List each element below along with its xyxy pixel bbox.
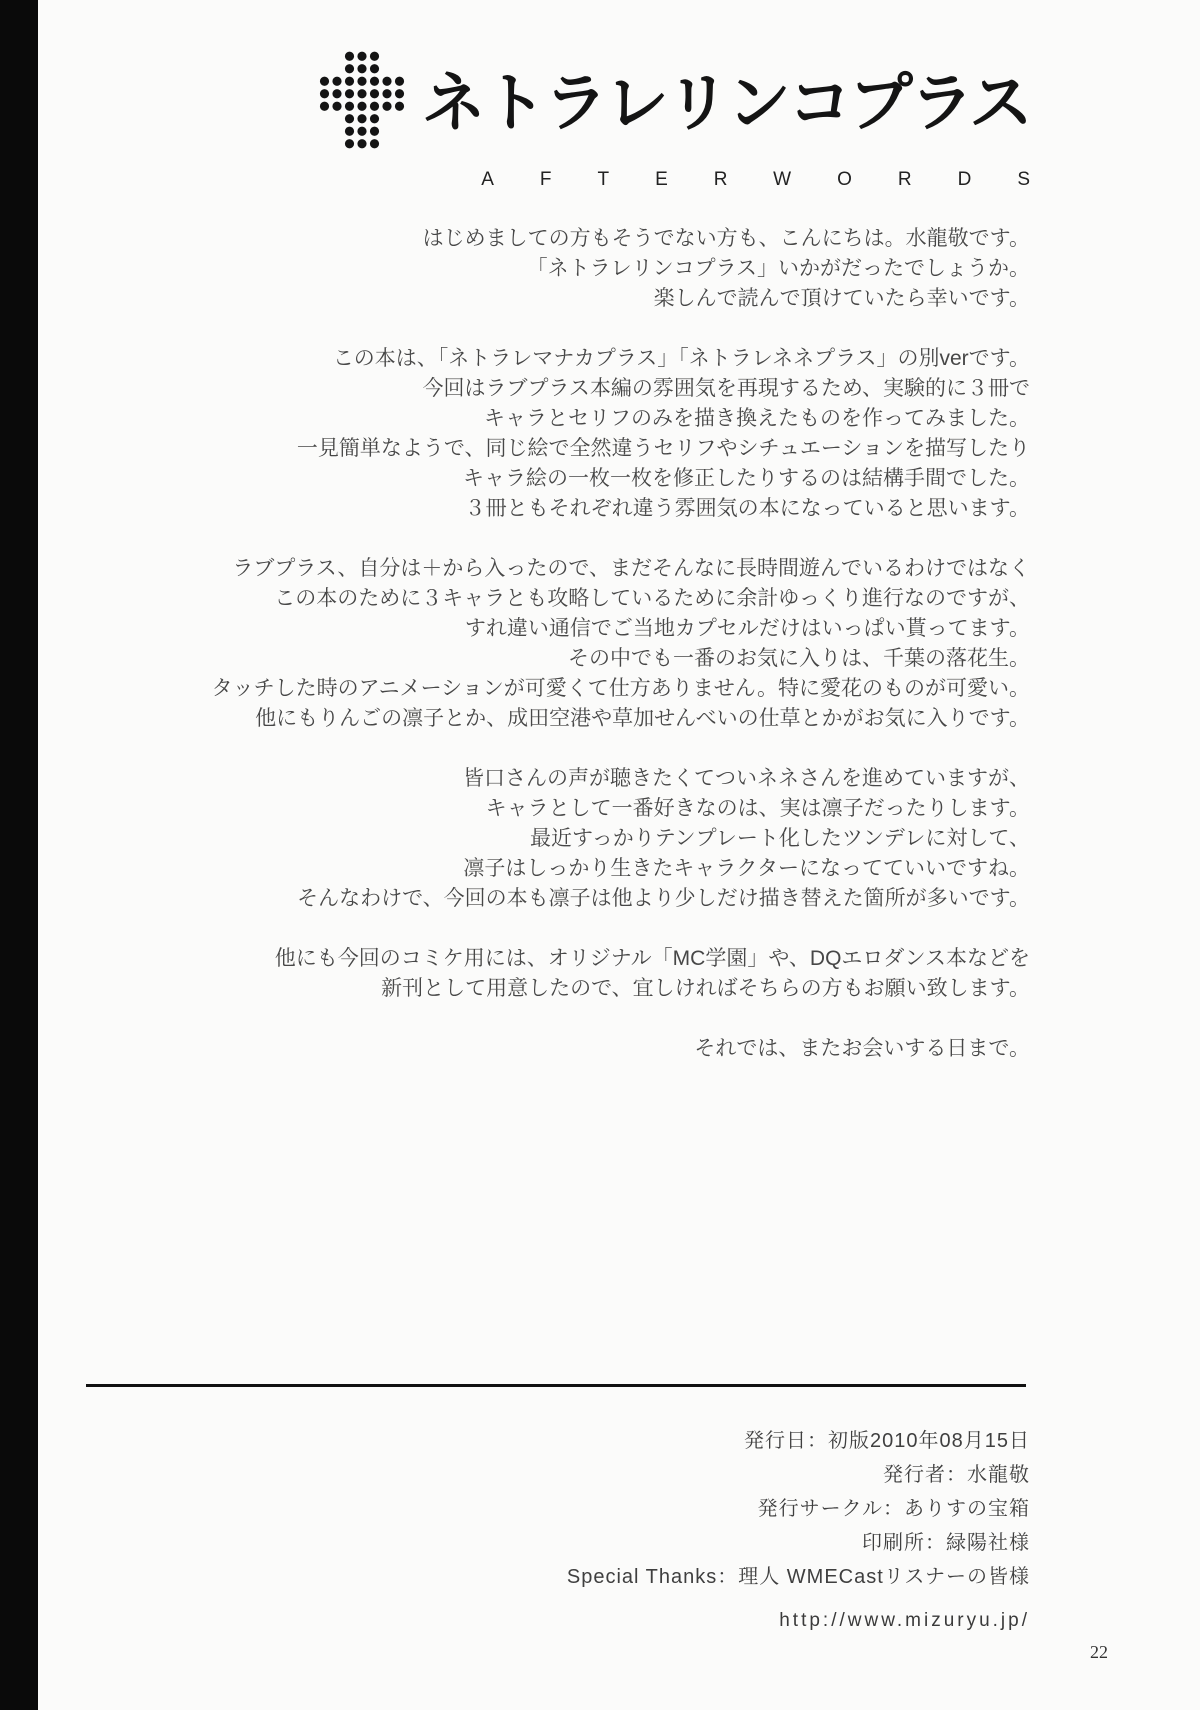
colophon-publish-date: 発行日：初版2010年08月15日 [567, 1424, 1030, 1458]
afterword-line: それでは、またお会いする日まで。 [694, 1037, 1030, 1060]
afterword-line: キャラとセリフのみを描き換えたものを作ってみました。 [484, 407, 1030, 430]
afterword-line: この本は、「ネトラレマナカプラス」「ネトラレネネプラス」の別verです。 [333, 347, 1030, 370]
binding-edge-bar [0, 0, 38, 1710]
afterword-paragraph: ラブプラス、自分は＋から入ったので、まだそんなに長時間遊んでいるわけではなく こ… [50, 554, 1030, 734]
website-url: http://www.mizuryu.jp/ [779, 1610, 1030, 1632]
colophon-special-thanks: Special Thanks：理人 WMECastリスナーの皆様 [567, 1560, 1030, 1594]
afterword-line: 楽しんで読んで頂けていたら幸いです。 [654, 287, 1030, 310]
logo: ネトラレリンコプラス AFTERWORDS [318, 50, 1030, 191]
logo-title: ネトラレリンコプラス [422, 71, 1030, 135]
page-number: 22 [1090, 1642, 1108, 1663]
afterword-line: この本のために３キャラとも攻略しているために余計ゆっくり進行なのですが、 [274, 587, 1030, 610]
afterword-line: すれ違い通信でご当地カプセルだけはいっぱい貰ってます。 [465, 617, 1030, 640]
colophon-printer: 印刷所：緑陽社様 [567, 1526, 1030, 1560]
afterword-line: キャラとして一番好きなのは、実は凛子だったりします。 [486, 797, 1030, 820]
afterword-line: 他にも今回のコミケ用には、オリジナル「MC学園」や、DQエロダンス本などを [275, 947, 1030, 970]
afterword-line: ラブプラス、自分は＋から入ったので、まだそんなに長時間遊んでいるわけではなく [232, 557, 1030, 580]
afterword-paragraph: この本は、「ネトラレマナカプラス」「ネトラレネネプラス」の別verです。 今回は… [50, 344, 1030, 524]
afterword-line: 「ネトラレリンコプラス」いかがだったでしょうか。 [527, 257, 1030, 280]
afterword-line: 新刊として用意したので、宜しければそちらの方もお願い致します。 [381, 977, 1030, 1000]
afterword-line: その中でも一番のお気に入りは、千葉の落花生。 [568, 647, 1030, 670]
colophon: 発行日：初版2010年08月15日 発行者：水龍敬 発行サークル：ありすの宝箱 … [567, 1424, 1030, 1594]
afterword-paragraph: 皆口さんの声が聴きたくてついネネさんを進めていますが、 キャラとして一番好きなの… [50, 764, 1030, 914]
colophon-publisher: 発行者：水龍敬 [567, 1458, 1030, 1492]
afterword-body: はじめましての方もそうでない方も、こんにちは。水龍敬です。 「ネトラレリンコプラ… [50, 224, 1030, 1064]
colophon-circle: 発行サークル：ありすの宝箱 [567, 1492, 1030, 1526]
afterword-line: 皆口さんの声が聴きたくてついネネさんを進めていますが、 [463, 767, 1030, 790]
afterword-page: ネトラレリンコプラス AFTERWORDS はじめましての方もそうでない方も、こ… [0, 0, 1200, 1710]
afterword-line: タッチした時のアニメーションが可愛くて仕方ありません。特に愛花のものが可愛い。 [212, 677, 1030, 700]
afterword-line: そんなわけで、今回の本も凛子は他より少しだけ描き替えた箇所が多いです。 [297, 887, 1030, 910]
afterword-line: 最近すっかりテンプレート化したツンデレに対して、 [530, 827, 1030, 850]
afterword-line: はじめましての方もそうでない方も、こんにちは。水龍敬です。 [423, 227, 1030, 250]
afterword-line: キャラ絵の一枚一枚を修正したりするのは結構手間でした。 [463, 467, 1030, 490]
afterword-line: 今回はラブプラス本編の雰囲気を再現するため、実験的に３冊で [422, 377, 1030, 400]
afterword-paragraph: 他にも今回のコミケ用には、オリジナル「MC学園」や、DQエロダンス本などを 新刊… [50, 944, 1030, 1004]
afterword-line: ３冊ともそれぞれ違う雰囲気の本になっていると思います。 [465, 497, 1030, 520]
afterword-paragraph: はじめましての方もそうでない方も、こんにちは。水龍敬です。 「ネトラレリンコプラ… [50, 224, 1030, 314]
divider-rule [86, 1384, 1026, 1387]
dot-cross-logo-icon [318, 50, 406, 155]
logo-subtitle: AFTERWORDS [318, 169, 1076, 191]
afterword-paragraph: それでは、またお会いする日まで。 [50, 1034, 1030, 1064]
afterword-line: 一見簡単なようで、同じ絵で全然違うセリフやシチュエーションを描写したり [297, 437, 1030, 460]
afterword-line: 他にもりんごの凛子とか、成田空港や草加せんべいの仕草とかがお気に入りです。 [255, 707, 1030, 730]
afterword-line: 凛子はしっかり生きたキャラクターになってていいですね。 [463, 857, 1030, 880]
